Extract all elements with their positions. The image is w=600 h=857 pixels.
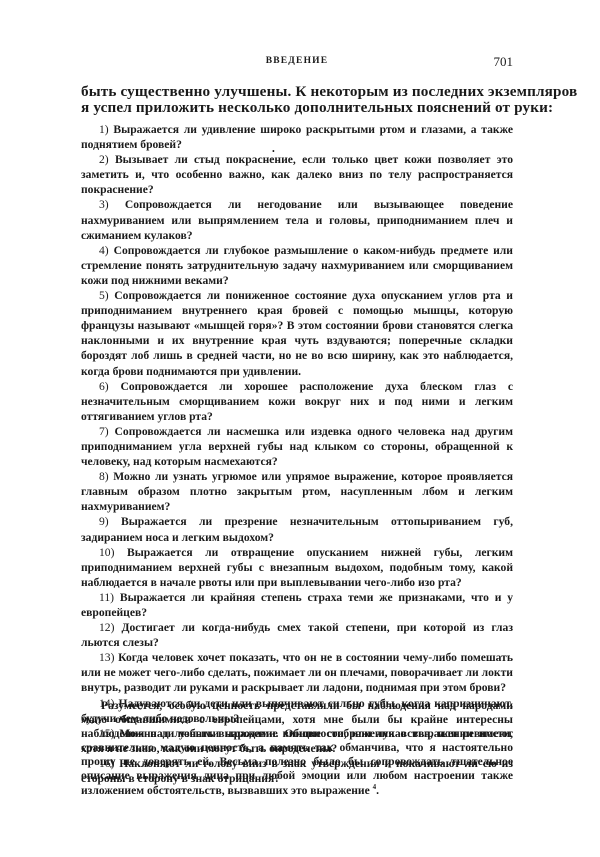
closing-text: Разумеется, особую ценность представляли… <box>81 699 513 797</box>
running-title: ВВЕДЕНИЕ <box>81 56 513 66</box>
question-text: Вызывает ли стыд покраснение, если тольк… <box>81 153 513 196</box>
question-item: 4) Сопровождается ли глубокое размышлени… <box>81 243 513 288</box>
question-item: 1) Выражается ли удивление широко раскры… <box>81 122 513 152</box>
questions-list: 1) Выражается ли удивление широко раскры… <box>81 122 513 786</box>
question-number: 10) <box>99 546 114 559</box>
question-item: 12) Достигает ли когда-нибудь смех такой… <box>81 620 513 650</box>
lead-paragraph: быть существенно улучшены. К некоторым и… <box>81 84 513 115</box>
question-number: 12) <box>99 621 114 634</box>
question-text: Сопровождается ли негодование или вызыва… <box>81 198 513 241</box>
question-text: Можно ли узнать угрюмое или упрямое выра… <box>81 470 513 513</box>
question-text: Сопровождается ли глубокое размышление о… <box>81 244 513 287</box>
question-item: 9) Выражается ли презрение незначительны… <box>81 514 513 544</box>
question-number: 3) <box>99 198 109 211</box>
question-number: 11) <box>99 591 114 604</box>
question-number: 13) <box>99 651 114 664</box>
question-number: 7) <box>99 425 109 438</box>
question-item: 2) Вызывает ли стыд покраснение, если то… <box>81 152 513 197</box>
closing-end-punct: . <box>376 784 379 797</box>
question-text: Сопровождается ли пониженное состояние д… <box>81 289 513 377</box>
question-number: 4) <box>99 244 109 257</box>
question-text: Достигает ли когда-нибудь смех такой сте… <box>81 621 513 649</box>
lead-line-1: быть существенно улучшены. К некоторым и… <box>81 84 513 100</box>
question-text: Выражается ли удивление широко раскрытым… <box>81 123 513 151</box>
question-number: 9) <box>99 515 109 528</box>
question-item: 10) Выражается ли отвращение опусканием … <box>81 545 513 590</box>
question-number: 2) <box>99 153 109 166</box>
question-item: 7) Сопровождается ли насмешка или издевк… <box>81 424 513 469</box>
question-text: Выражается ли отвращение опусканием нижн… <box>81 546 513 589</box>
question-text: Выражается ли презрение незначительным о… <box>81 515 513 543</box>
question-text: Когда человек хочет показать, что он не … <box>81 651 513 694</box>
question-item: 6) Сопровождается ли хорошее расположени… <box>81 379 513 424</box>
question-number: 5) <box>99 289 109 302</box>
question-text: Сопровождается ли насмешка или издевка о… <box>81 425 513 468</box>
question-number: 1) <box>99 123 109 136</box>
running-head: ВВЕДЕНИЕ 701 <box>81 54 513 70</box>
lead-line-2: я успел приложить несколько дополнительн… <box>81 100 513 116</box>
question-number: 6) <box>99 380 109 393</box>
question-item: 11) Выражается ли крайняя степень страха… <box>81 590 513 620</box>
question-item: 8) Можно ли узнать угрюмое или упрямое в… <box>81 469 513 514</box>
closing-paragraph: Разумеется, особую ценность представляли… <box>81 699 513 798</box>
page-number: 701 <box>494 54 514 70</box>
question-number: 8) <box>99 470 109 483</box>
question-item: 3) Сопровождается ли негодование или выз… <box>81 197 513 242</box>
question-text: Выражается ли крайняя степень страха тем… <box>81 591 513 619</box>
question-item: 5) Сопровождается ли пониженное состояни… <box>81 288 513 379</box>
question-text: Сопровождается ли хорошее расположение д… <box>81 380 513 423</box>
question-item: 13) Когда человек хочет показать, что он… <box>81 650 513 695</box>
